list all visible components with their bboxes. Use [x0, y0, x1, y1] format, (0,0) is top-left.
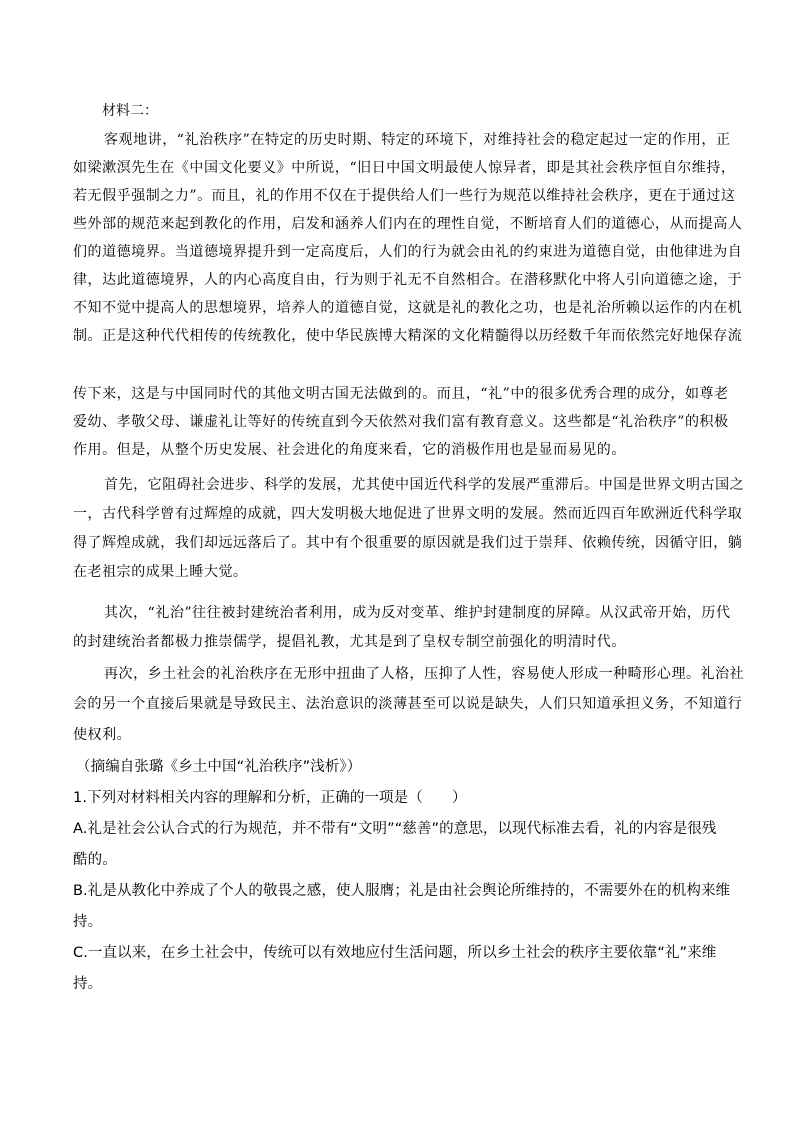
paragraph-line: 们的道德境界。当道德境界提升到一定高度后，人们的行为就会由礼的约束进为道德自觉，…: [73, 243, 742, 261]
option-line: 持。: [73, 913, 102, 931]
source-citation: （摘编自张璐《乡土中国“礼治秩序”浅析》）: [76, 758, 361, 776]
question-stem: 1.下列对材料相关内容的理解和分析，正确的一项是（ ）: [73, 789, 467, 807]
paragraph-line: 传下来，这是与中国同时代的其他文明古国无法做到的。而且，“礼”中的很多优秀合理的…: [73, 385, 729, 403]
paragraph-line: 律，达此道德境界，人的内心高度自由，行为则于礼无不自然相合。在潜移默化中将人引向…: [73, 271, 742, 289]
paragraph-line: 若无假乎强制之力”。而且，礼的作用不仅在于提供给人们一些行为规范以维持社会秩序，…: [73, 187, 735, 205]
paragraph-line: 使权利。: [73, 726, 131, 744]
option-line: C.一直以来，在乡土社会中，传统可以有效地应付生活问题，所以乡土社会的秩序主要依…: [73, 944, 716, 962]
paragraph-line: 的封建统治者都极力推崇儒学，提倡礼教，尤其是到了皇权专制空前强化的明清时代。: [73, 633, 626, 651]
paragraph-line: 在老祖宗的成果上睡大觉。: [73, 563, 248, 581]
paragraph-line: 作用。但是，从整个历史发展、社会进化的角度来看，它的消极作用也是显而易见的。: [73, 441, 626, 459]
paragraph-line: 些外部的规范来起到教化的作用，启发和涵养人们内在的理性自觉，不断培育人们的道德心…: [73, 215, 742, 233]
paragraph-line: 客观地讲，“礼治秩序”在特定的历史时期、特定的环境下，对维持社会的稳定起过一定的…: [104, 131, 731, 149]
option-line: 酷的。: [73, 851, 117, 869]
option-line: A.礼是社会公认合式的行为规范，并不带有“文明”“慈善”的意思，以现代标准去看，…: [73, 820, 717, 838]
paragraph-line: 如梁漱溟先生在《中国文化要义》中所说，“旧日中国文明最使人惊异者，即是其社会秩序…: [73, 159, 735, 177]
paragraph-line: 会的另一个直接后果就是导致民主、法治意识的淡薄甚至可以说是缺失，人们只知道承担义…: [73, 695, 742, 713]
paragraph-line: 其次，“礼治”往往被封建统治者利用，成为反对变革、维护封建制度的屏障。从汉武帝开…: [104, 604, 731, 622]
paragraph-line: 再次，乡土社会的礼治秩序在无形中扭曲了人格，压抑了人性，容易使人形成一种畸形心理…: [104, 665, 744, 683]
document-page: 材料二： 客观地讲，“礼治秩序”在特定的历史时期、特定的环境下，对维持社会的稳定…: [0, 0, 794, 1123]
paragraph-line: 不知不觉中提高人的思想境界，培养人的道德自觉，这就是礼的教化之功，也是礼治所赖以…: [73, 299, 742, 317]
paragraph-line: 得了辉煌成就，我们却远远落后了。其中有个很重要的原因就是我们过于崇拜、依赖传统，…: [73, 534, 742, 552]
section-title: 材料二：: [102, 102, 158, 120]
option-line: 持。: [73, 975, 102, 993]
option-line: B.礼是从教化中养成了个人的敬畏之感，使人服膺；礼是由社会舆论所维持的，不需要外…: [73, 882, 730, 900]
paragraph-line: 一，古代科学曾有过辉煌的成就，四大发明极大地促进了世界文明的发展。然而近四百年欧…: [73, 505, 742, 523]
paragraph-line: 制。正是这种代代相传的传统教化，使中华民族博大精深的文化精髓得以历经数千年而依然…: [73, 327, 742, 345]
paragraph-line: 爱幼、孝敬父母、谦虚礼让等好的传统直到今天依然对我们富有教育意义。这些都是“礼治…: [73, 413, 729, 431]
paragraph-line: 首先，它阻碍社会进步、科学的发展，尤其使中国近代科学的发展严重滞后。中国是世界文…: [104, 476, 744, 494]
